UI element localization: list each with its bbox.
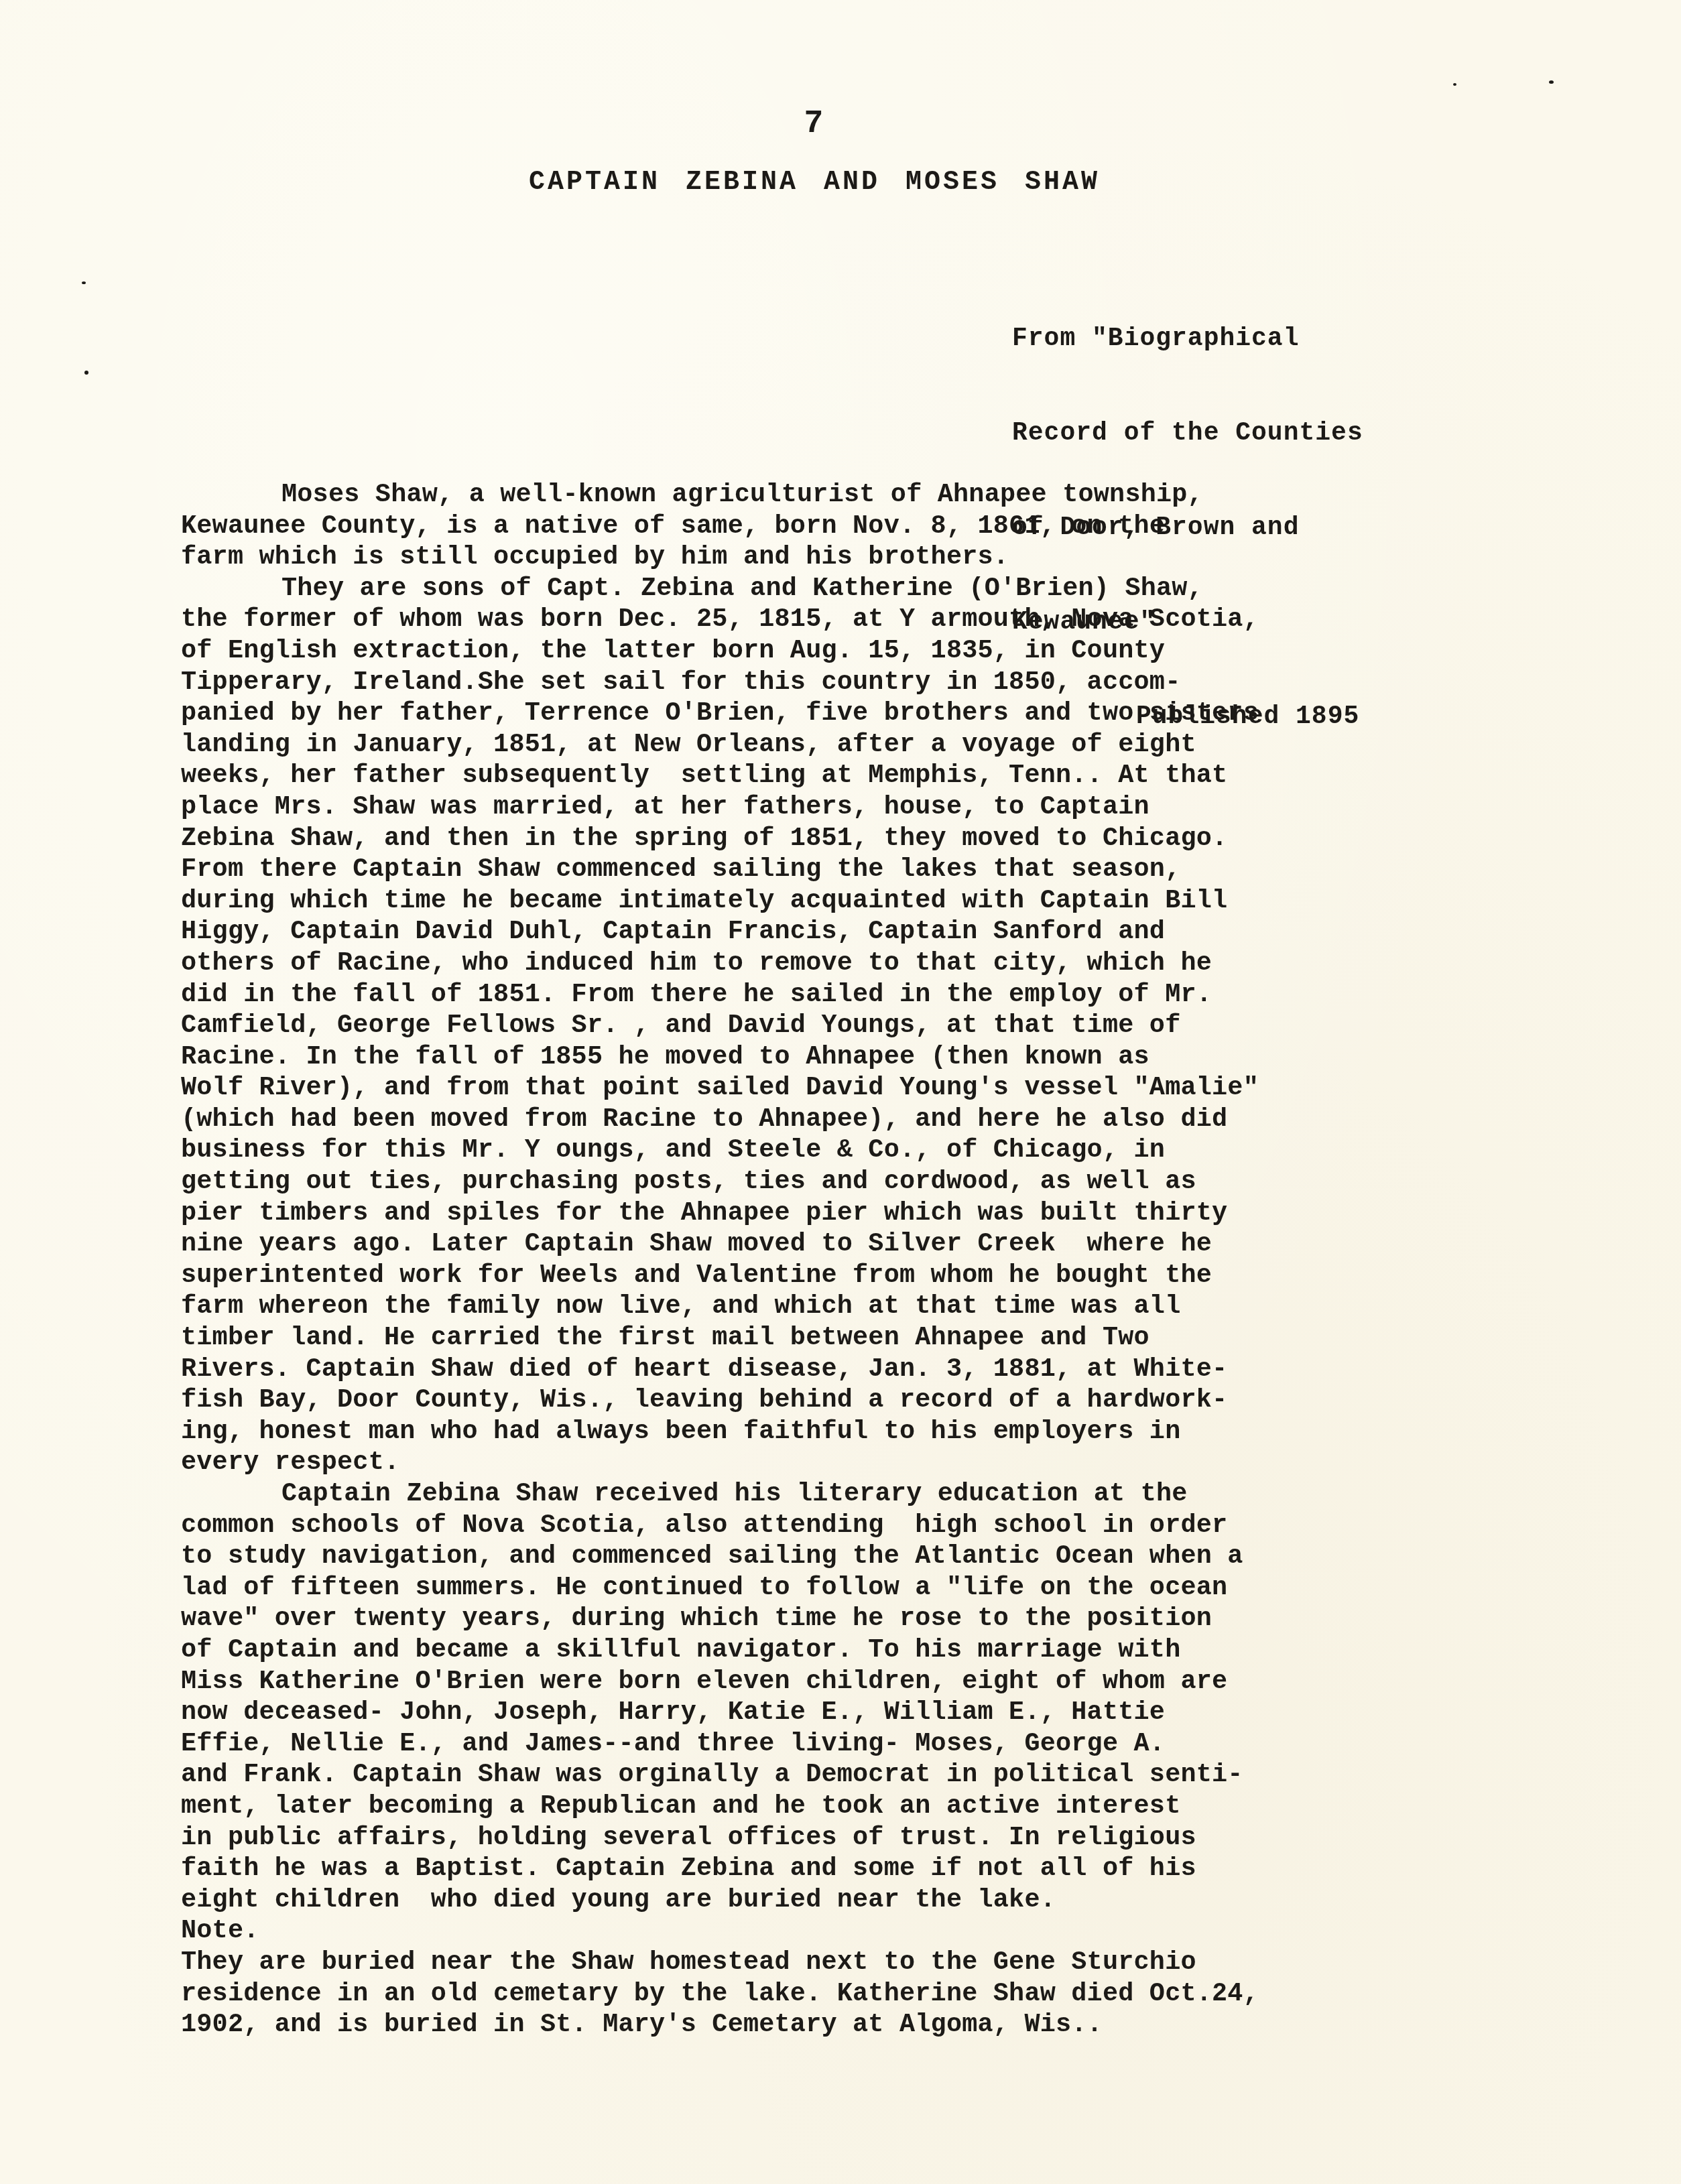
body-text: Moses Shaw, a well-known agriculturist o… (181, 479, 1521, 2041)
body-line: every respect. (181, 1447, 1521, 1478)
body-line: pier timbers and spiles for the Ahnapee … (181, 1198, 1521, 1229)
body-line: Miss Katherine O'Brien were born eleven … (181, 1666, 1521, 1697)
body-line: during which time he became intimately a… (181, 885, 1521, 917)
source-line: From "Biographical (1012, 323, 1363, 355)
body-line: fish Bay, Door County, Wis., leaving beh… (181, 1385, 1521, 1416)
body-line: weeks, her father subsequently settling … (181, 760, 1521, 791)
body-line: 1902, and is buried in St. Mary's Cemeta… (181, 2009, 1521, 2041)
body-line: getting out ties, purchasing posts, ties… (181, 1166, 1521, 1198)
body-line: (which had been moved from Racine to Ahn… (181, 1104, 1521, 1135)
body-line: Kewaunee County, is a native of same, bo… (181, 511, 1521, 542)
body-line: place Mrs. Shaw was married, at her fath… (181, 791, 1521, 823)
body-line: others of Racine, who induced him to rem… (181, 948, 1521, 979)
body-line: and Frank. Captain Shaw was orginally a … (181, 1759, 1521, 1791)
body-line: nine years ago. Later Captain Shaw moved… (181, 1228, 1521, 1260)
body-line: to study navigation, and commenced saili… (181, 1541, 1521, 1572)
body-line: They are buried near the Shaw homestead … (181, 1947, 1521, 1978)
body-line: Racine. In the fall of 1855 he moved to … (181, 1041, 1521, 1073)
paper-speck (84, 371, 88, 375)
body-line: superintented work for Weels and Valenti… (181, 1260, 1521, 1291)
body-line: timber land. He carried the first mail b… (181, 1322, 1521, 1354)
body-line: eight children who died young are buried… (181, 1884, 1521, 1916)
body-line: wave" over twenty years, during which ti… (181, 1603, 1521, 1634)
body-line: Moses Shaw, a well-known agriculturist o… (181, 479, 1521, 511)
body-line: Note. (181, 1915, 1521, 1947)
paper-speck (82, 281, 86, 284)
body-line: now deceased- John, Joseph, Harry, Katie… (181, 1697, 1521, 1728)
source-line: Record of the Counties (1012, 417, 1363, 449)
body-line: business for this Mr. Y oungs, and Steel… (181, 1135, 1521, 1166)
body-line: Wolf River), and from that point sailed … (181, 1072, 1521, 1104)
body-line: lad of fifteen summers. He continued to … (181, 1572, 1521, 1604)
body-line: in public affairs, holding several offic… (181, 1822, 1521, 1854)
page-number: 7 (0, 106, 1629, 142)
body-line: From there Captain Shaw commenced sailin… (181, 854, 1521, 885)
body-line: did in the fall of 1851. From there he s… (181, 979, 1521, 1011)
body-line: Effie, Nellie E., and James--and three l… (181, 1728, 1521, 1760)
body-line: the former of whom was born Dec. 25, 181… (181, 604, 1521, 635)
paper-speck (1453, 83, 1456, 86)
body-line: Captain Zebina Shaw received his literar… (181, 1478, 1521, 1510)
body-line: Higgy, Captain David Duhl, Captain Franc… (181, 916, 1521, 948)
body-line: They are sons of Capt. Zebina and Kather… (181, 573, 1521, 604)
body-line: panied by her father, Terrence O'Brien, … (181, 698, 1521, 729)
body-line: Tipperary, Ireland.She set sail for this… (181, 667, 1521, 698)
body-line: Zebina Shaw, and then in the spring of 1… (181, 823, 1521, 854)
body-line: Rivers. Captain Shaw died of heart disea… (181, 1354, 1521, 1385)
body-line: farm whereon the family now live, and wh… (181, 1291, 1521, 1322)
body-line: faith he was a Baptist. Captain Zebina a… (181, 1853, 1521, 1884)
body-line: landing in January, 1851, at New Orleans… (181, 729, 1521, 761)
typewritten-page: 7 CAPTAIN ZEBINA AND MOSES SHAW From "Bi… (0, 0, 1681, 2184)
body-line: Camfield, George Fellows Sr. , and David… (181, 1010, 1521, 1041)
body-line: ment, later becoming a Republican and he… (181, 1791, 1521, 1822)
body-line: of Captain and became a skillful navigat… (181, 1634, 1521, 1666)
body-line: common schools of Nova Scotia, also atte… (181, 1510, 1521, 1541)
body-line: ing, honest man who had always been fait… (181, 1416, 1521, 1448)
body-line: farm which is still occupied by him and … (181, 541, 1521, 573)
paper-speck (1549, 80, 1554, 84)
body-line: of English extraction, the latter born A… (181, 635, 1521, 667)
document-title: CAPTAIN ZEBINA AND MOSES SHAW (0, 168, 1629, 198)
body-line: residence in an old cemetary by the lake… (181, 1978, 1521, 2010)
